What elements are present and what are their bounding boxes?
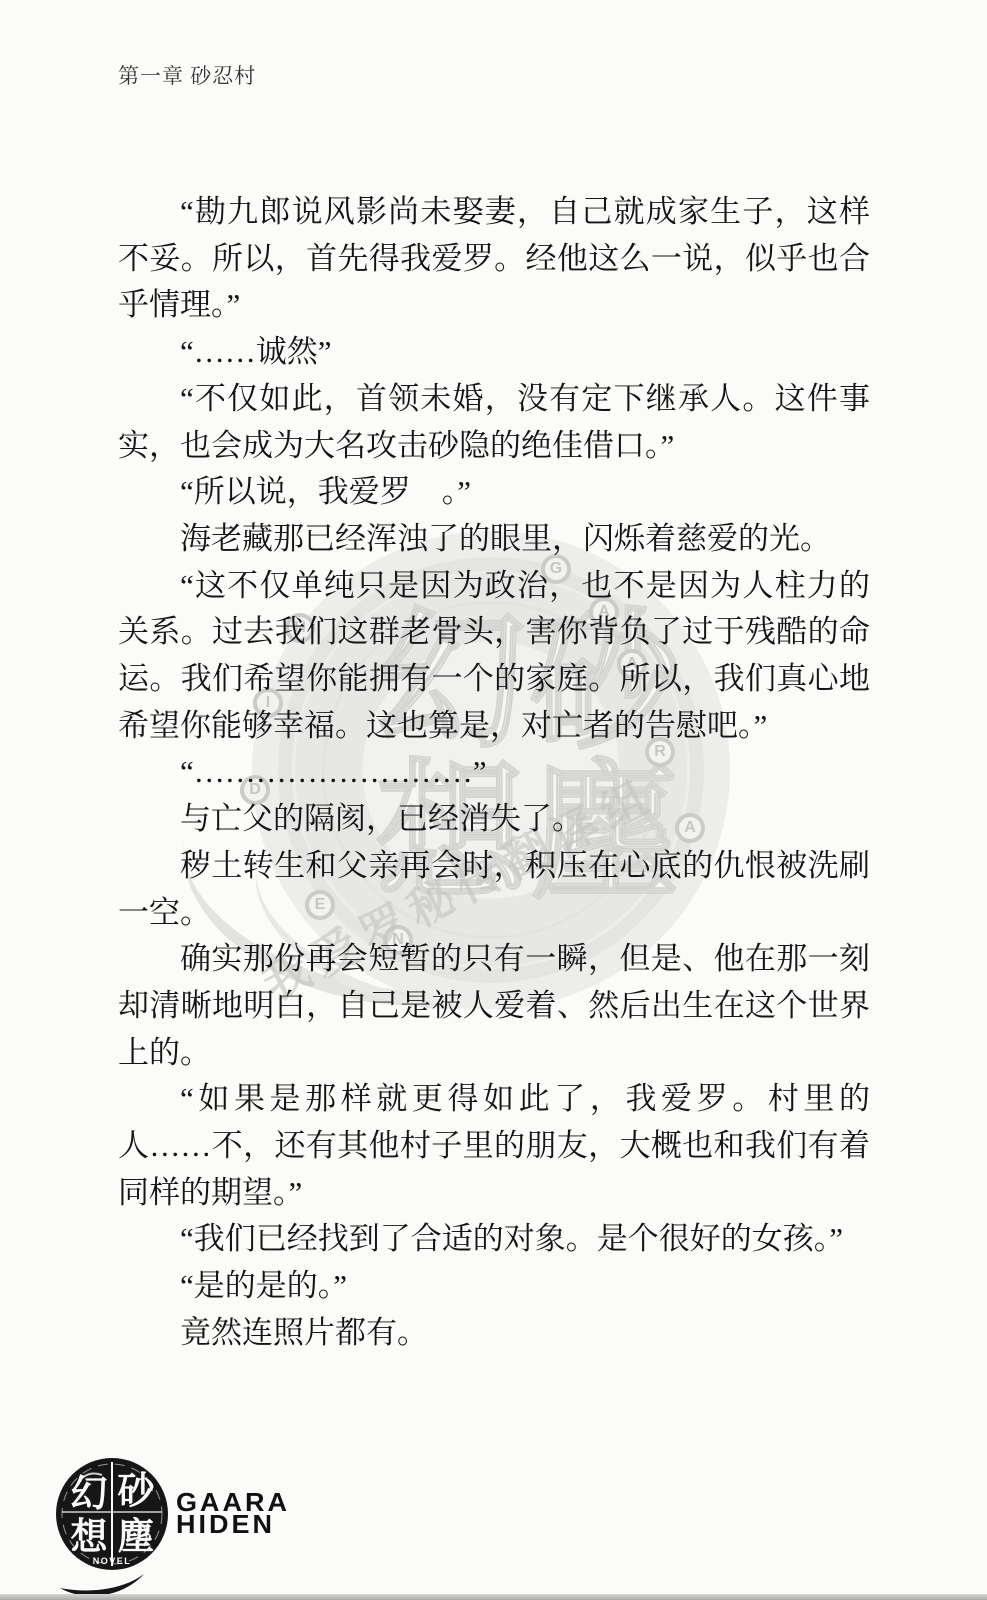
seal-char-top-right: 砂	[118, 1470, 156, 1512]
paragraph: 与亡父的隔阂，已经消失了。	[118, 796, 870, 843]
paragraph: 秽土转生和父亲再会时，积压在心底的仇恨被洗刷一空。	[118, 843, 870, 936]
seal-char-top-left: 幻	[71, 1473, 108, 1515]
paragraph: “………………………”	[118, 749, 870, 796]
wordmark-line2: HIDEN	[176, 1514, 290, 1536]
seal-tail	[60, 1574, 144, 1596]
seal-char-bottom-left: 想	[71, 1516, 109, 1558]
body-text: “勘九郎说风影尚未娶妻，自己就成家生子，这样不妥。所以，首先得我爱罗。经他这么一…	[118, 189, 870, 1357]
book-page: 幻砂 想塵 GAARAHIDEN 我爱罗秘传翻译组 第一章 砂忍村 “勘九郎说风…	[0, 0, 987, 1600]
paragraph: “不仅如此，首领未婚，没有定下继承人。这件事实，也会成为大名攻击砂隐的绝佳借口。…	[118, 376, 870, 469]
paragraph: 竟然连照片都有。	[118, 1310, 870, 1357]
paragraph: “勘九郎说风影尚未娶妻，自己就成家生子，这样不妥。所以，首先得我爱罗。经他这么一…	[118, 189, 870, 329]
paragraph: “……诚然”	[118, 329, 870, 376]
paragraph: 海老藏那已经浑浊了的眼里，闪烁着慈爱的光。	[118, 516, 870, 563]
paragraph: “是的是的。”	[118, 1263, 870, 1310]
chapter-header: 第一章 砂忍村	[118, 60, 256, 90]
paragraph: 确实那份再会短暂的只有一瞬，但是、他在那一刻却清晰地明白，自己是被人爱着、然后出…	[118, 936, 870, 1076]
paragraph: “我们已经找到了合适的对象。是个很好的女孩。”	[118, 1216, 870, 1263]
paragraph: “如果是那样就更得如此了，我爱罗。村里的人……不，还有其他村子里的朋友，大概也和…	[118, 1076, 870, 1216]
paragraph: “这不仅单纯只是因为政治，也不是因为人柱力的关系。过去我们这群老骨头，害你背负了…	[118, 563, 870, 750]
gaara-hiden-wordmark: GAARA HIDEN	[176, 1492, 290, 1536]
page-bottom-edge	[0, 1594, 987, 1600]
paragraph: “所以说，我爱罗 。”	[118, 469, 870, 516]
seal-caption: NOVEL	[93, 1556, 132, 1566]
seal-char-bottom-right: 塵	[118, 1516, 155, 1558]
